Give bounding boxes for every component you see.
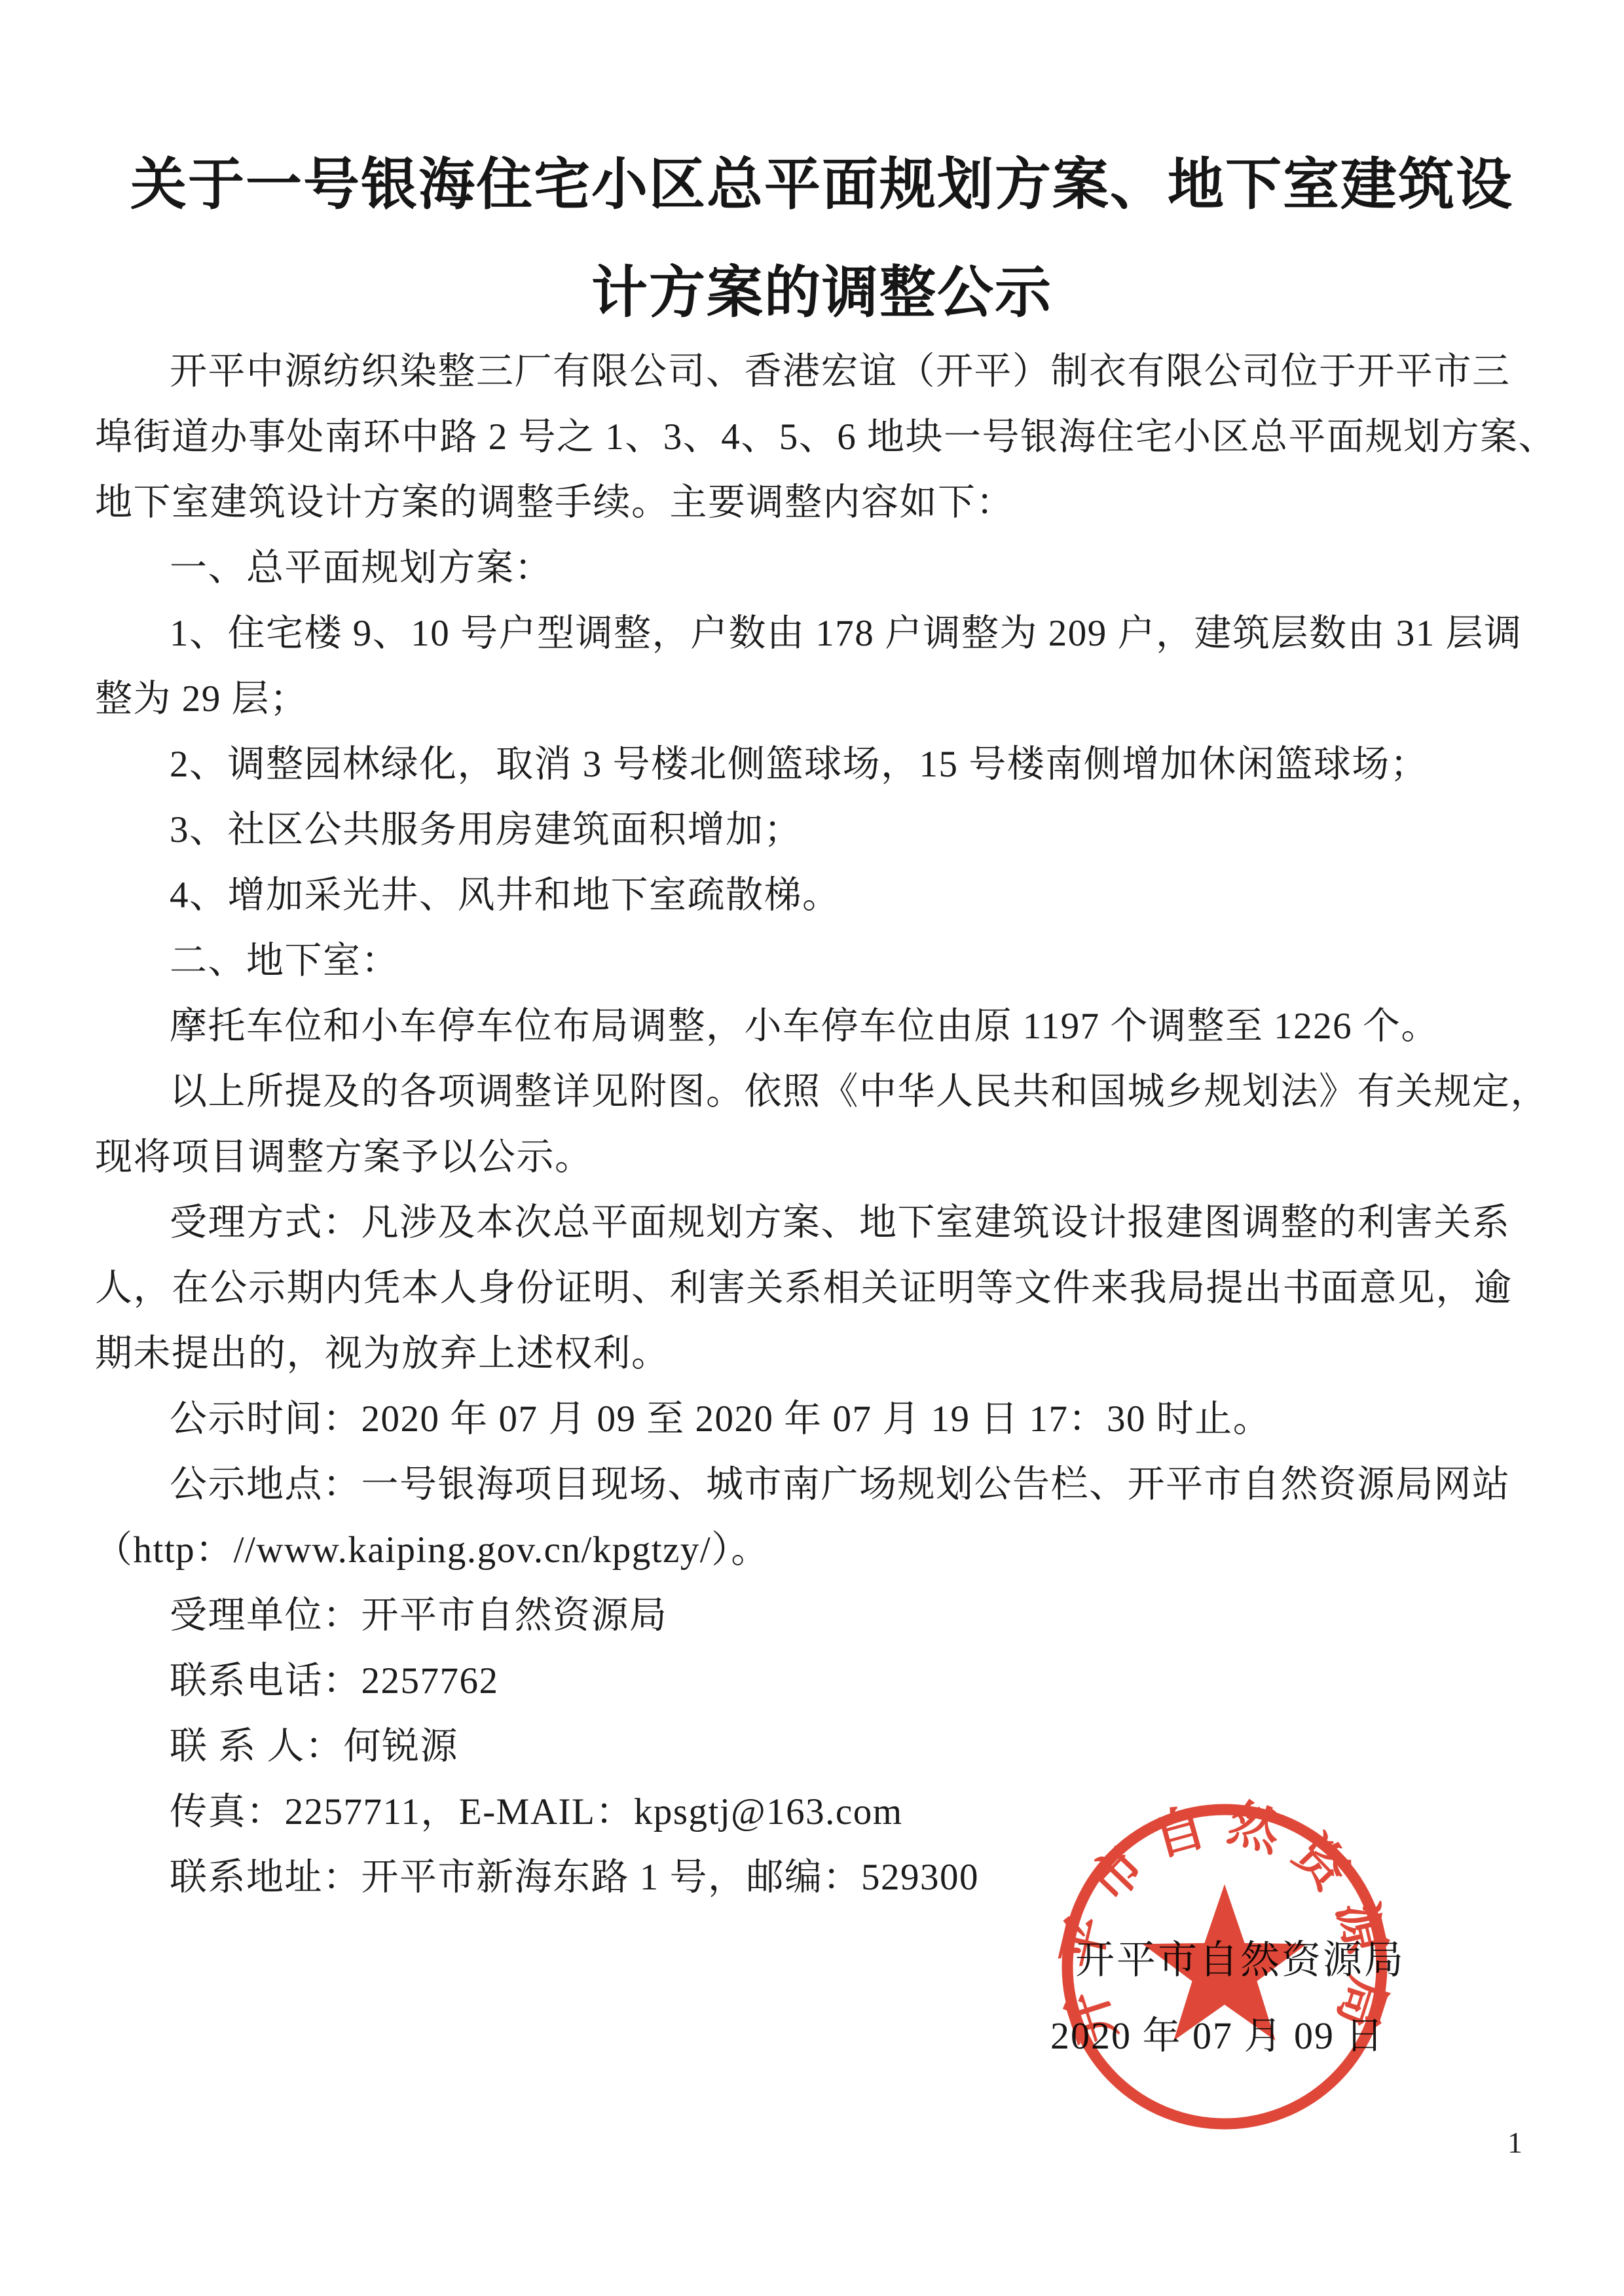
body-line: 埠街道办事处南环中路 2 号之 1、3、4、5、6 地块一号银海住宅小区总平面规…: [95, 405, 1549, 470]
body-line: 一、总平面规划方案：: [95, 536, 1549, 601]
body-line: 期未提出的，视为放弃上述权利。: [95, 1321, 1549, 1387]
page-number: 1: [1507, 2125, 1522, 2160]
body-line: 公示地点：一号银海项目现场、城市南广场规划公告栏、开平市自然资源局网站: [95, 1452, 1549, 1518]
document-title: 关于一号银海住宅小区总平面规划方案、地下室建筑设 计方案的调整公示: [95, 131, 1549, 347]
body-line: 1、住宅楼 9、10 号户型调整，户数由 178 户调整为 209 户，建筑层数…: [95, 601, 1549, 666]
body-line: 二、地下室：: [95, 928, 1549, 994]
body-line: 4、增加采光井、风井和地下室疏散梯。: [95, 863, 1549, 928]
body-line: 联系电话：2257762: [95, 1649, 1549, 1714]
body-line: 联 系 人：何锐源: [95, 1714, 1549, 1779]
body-line: 开平中源纺织染整三厂有限公司、香港宏谊（开平）制衣有限公司位于开平市三: [95, 339, 1549, 405]
body-line: 整为 29 层；: [95, 666, 1549, 732]
body-line: 人，在公示期内凭本人身份证明、利害关系相关证明等文件来我局提出书面意见，逾: [95, 1256, 1549, 1321]
document-body: 开平中源纺织染整三厂有限公司、香港宏谊（开平）制衣有限公司位于开平市三埠街道办事…: [95, 339, 1549, 1910]
body-line: 受理单位：开平市自然资源局: [95, 1583, 1549, 1649]
body-line: 地下室建筑设计方案的调整手续。主要调整内容如下：: [95, 470, 1549, 536]
body-line: 2、调整园林绿化，取消 3 号楼北侧篮球场，15 号楼南侧增加休闲篮球场；: [95, 732, 1549, 797]
seal-star-icon: [1143, 1884, 1307, 2041]
official-seal: 开平市自然资源局: [1053, 1795, 1396, 2138]
document-title-line1: 关于一号银海住宅小区总平面规划方案、地下室建筑设: [95, 131, 1549, 239]
body-line: 摩托车位和小车停车位布局调整，小车停车位由原 1197 个调整至 1226 个。: [95, 994, 1549, 1059]
body-line: （http：//www.kaiping.gov.cn/kpgtzy/）。: [95, 1518, 1549, 1583]
body-line: 公示时间：2020 年 07 月 09 至 2020 年 07 月 19 日 1…: [95, 1387, 1549, 1452]
body-line: 现将项目调整方案予以公示。: [95, 1125, 1549, 1190]
document-page: 关于一号银海住宅小区总平面规划方案、地下室建筑设 计方案的调整公示 开平中源纺织…: [0, 0, 1624, 2296]
document-title-line2: 计方案的调整公示: [95, 239, 1549, 347]
body-line: 以上所提及的各项调整详见附图。依照《中华人民共和国城乡规划法》有关规定，: [95, 1059, 1549, 1125]
body-line: 3、社区公共服务用房建筑面积增加；: [95, 797, 1549, 863]
body-line: 受理方式：凡涉及本次总平面规划方案、地下室建筑设计报建图调整的利害关系: [95, 1190, 1549, 1256]
